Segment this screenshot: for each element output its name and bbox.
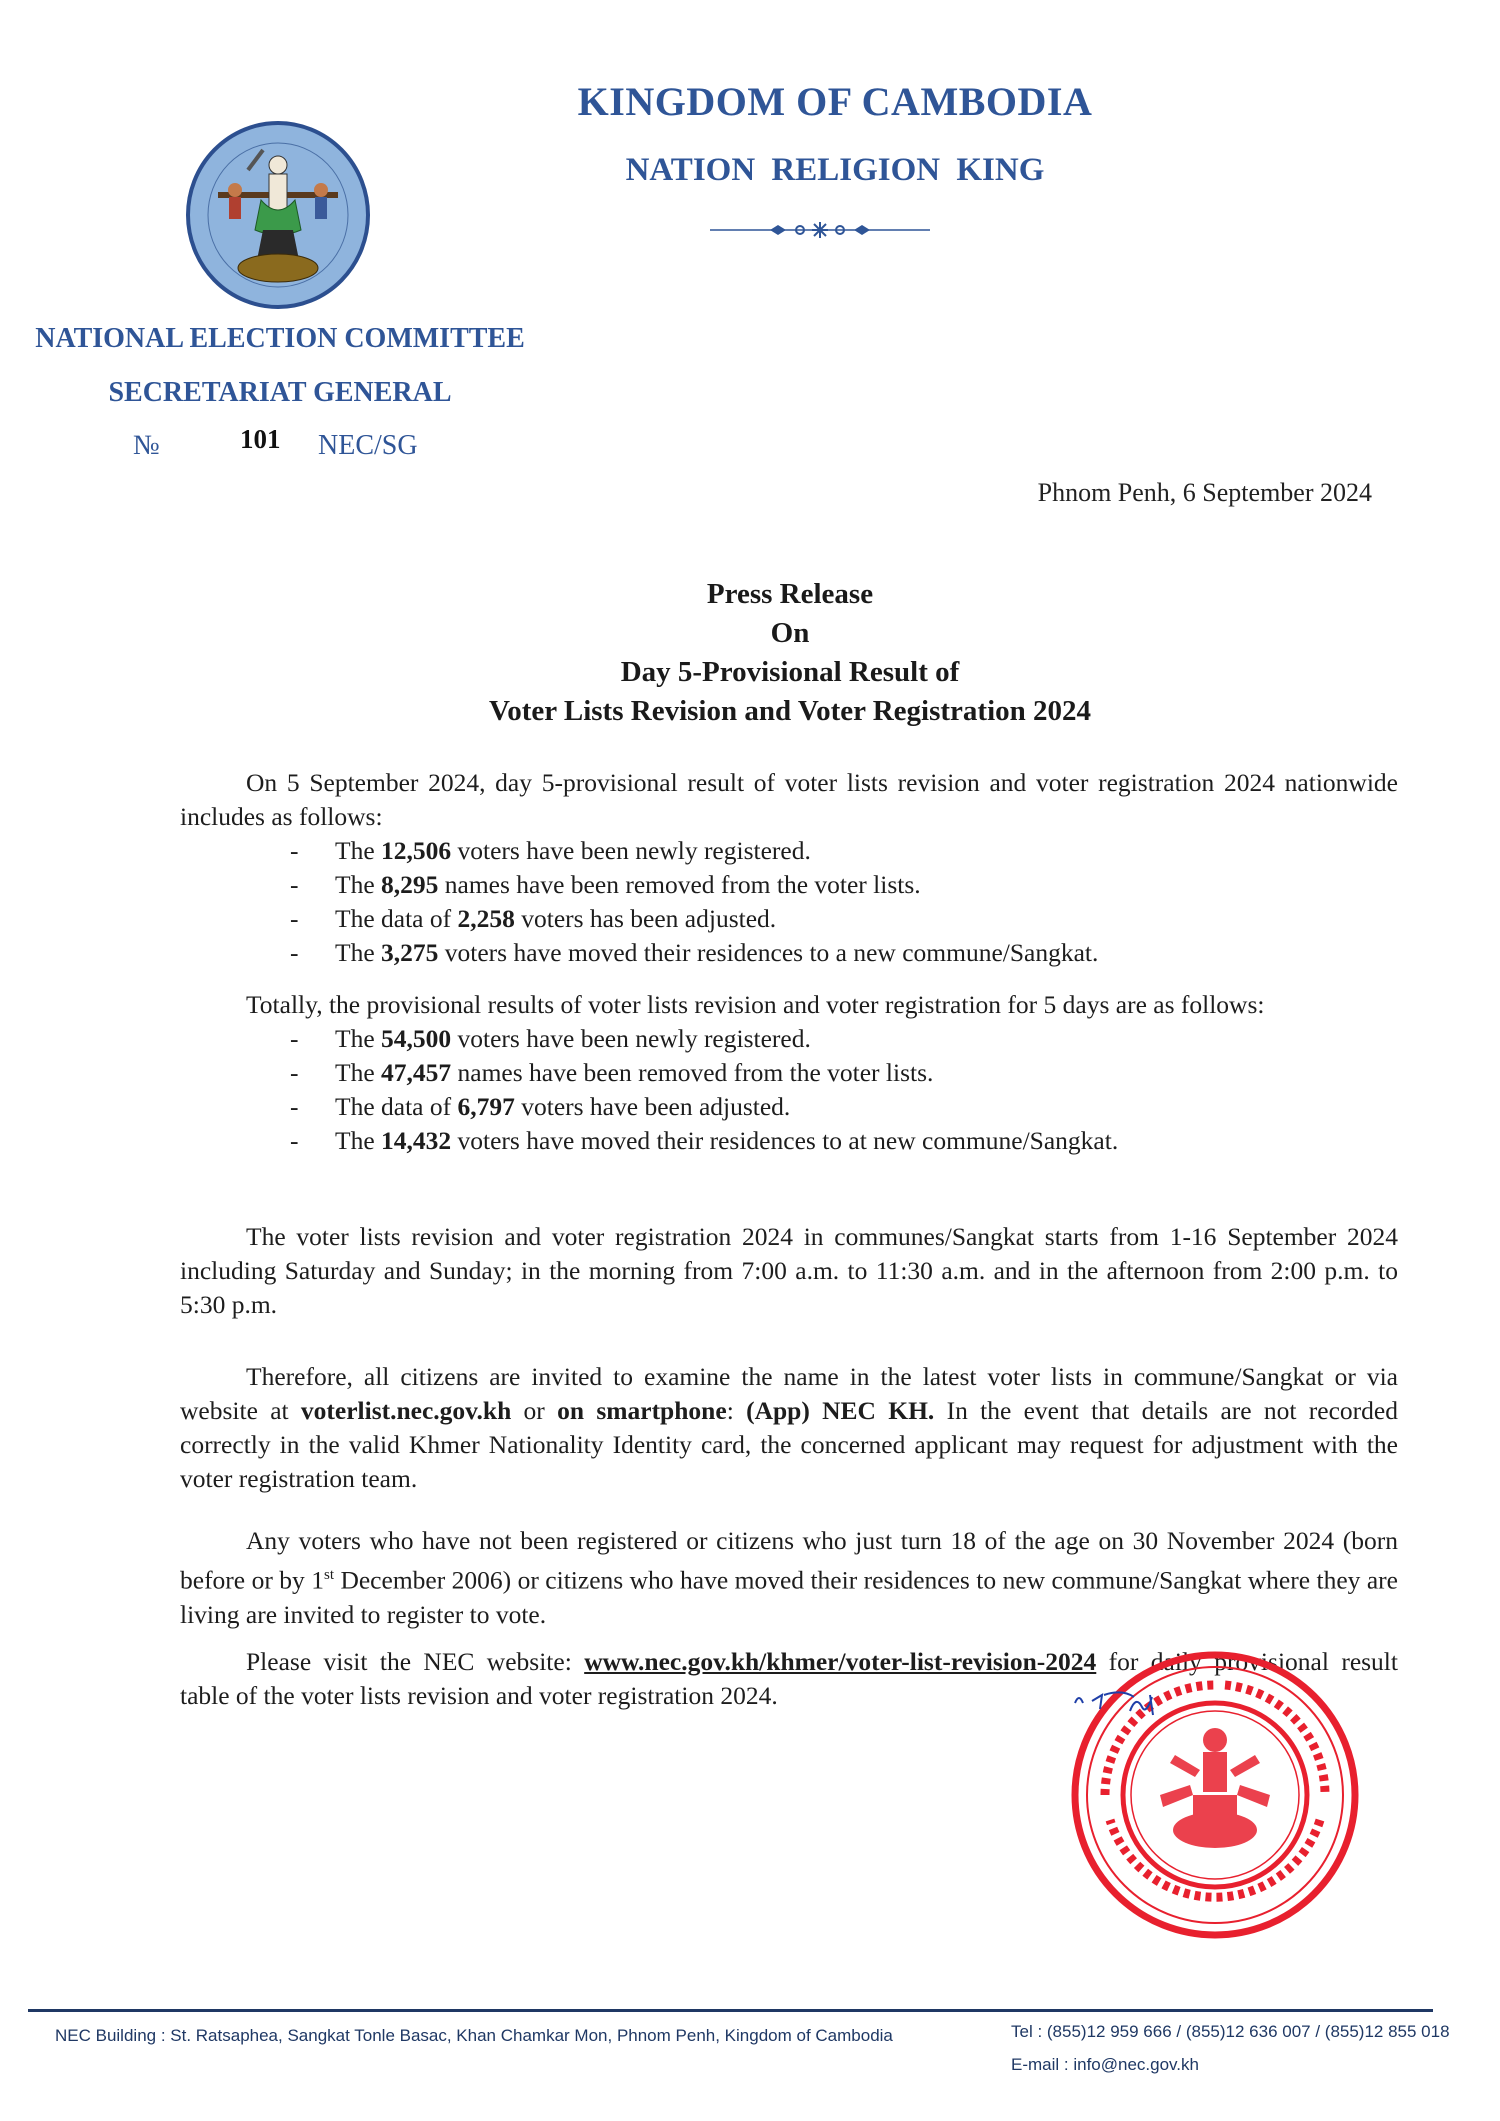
- title-line: Day 5-Provisional Result of: [0, 653, 1500, 692]
- reference-number-value: 101: [240, 424, 281, 455]
- ornamental-divider-icon: [710, 222, 930, 238]
- list-item: -The 12,506 voters have been newly regis…: [180, 834, 1398, 868]
- day5-section: On 5 September 2024, day 5-provisional r…: [180, 766, 1398, 970]
- title-line: Voter Lists Revision and Voter Registrat…: [0, 692, 1500, 731]
- voterlist-website[interactable]: voterlist.nec.gov.kh: [301, 1396, 511, 1425]
- department-name: SECRETARIAT GENERAL: [35, 377, 525, 409]
- organization-name: NATIONAL ELECTION COMMITTEE: [35, 323, 525, 355]
- press-release-title: Press Release On Day 5-Provisional Resul…: [0, 575, 1500, 731]
- list-item: -The 54,500 voters have been newly regis…: [180, 1022, 1398, 1056]
- list-item: -The 3,275 voters have moved their resid…: [180, 936, 1398, 970]
- nec-results-link[interactable]: www.nec.gov.kh/khmer/voter-list-revision…: [584, 1647, 1096, 1676]
- title-line: Press Release: [0, 575, 1500, 614]
- day5-list: -The 12,506 voters have been newly regis…: [180, 834, 1398, 970]
- list-item: -The 8,295 names have been removed from …: [180, 868, 1398, 902]
- stat-value: 54,500: [381, 1024, 451, 1053]
- day5-intro: On 5 September 2024, day 5-provisional r…: [180, 766, 1398, 834]
- schedule-paragraph: The voter lists revision and voter regis…: [180, 1220, 1398, 1322]
- list-item: -The 47,457 names have been removed from…: [180, 1056, 1398, 1090]
- stat-value: 3,275: [381, 938, 438, 967]
- reference-number-label: №: [133, 430, 160, 462]
- stat-value: 2,258: [457, 904, 514, 933]
- list-item: -The data of 2,258 voters has been adjus…: [180, 902, 1398, 936]
- footer-address: NEC Building : St. Ratsaphea, Sangkat To…: [55, 2026, 893, 2046]
- stat-value: 8,295: [381, 870, 438, 899]
- footer-divider: [28, 2009, 1433, 2012]
- reference-number-suffix: NEC/SG: [318, 430, 418, 462]
- footer-telephone: Tel : (855)12 959 666 / (855)12 636 007 …: [1011, 2022, 1450, 2042]
- stat-value: 47,457: [381, 1058, 451, 1087]
- title-line: On: [0, 614, 1500, 653]
- stat-value: 12,506: [381, 836, 451, 865]
- stat-value: 14,432: [381, 1126, 451, 1155]
- totals-section: Totally, the provisional results of vote…: [180, 988, 1398, 1158]
- totals-list: -The 54,500 voters have been newly regis…: [180, 1022, 1398, 1158]
- examine-paragraph: Therefore, all citizens are invited to e…: [180, 1360, 1398, 1496]
- stat-value: 6,797: [457, 1092, 514, 1121]
- app-name: (App) NEC KH.: [746, 1396, 934, 1425]
- national-motto: NATION RELIGION KING: [0, 152, 1500, 189]
- list-item: -The 14,432 voters have moved their resi…: [180, 1124, 1398, 1158]
- list-item: -The data of 6,797 voters have been adju…: [180, 1090, 1398, 1124]
- country-heading: KINGDOM OF CAMBODIA: [0, 78, 1500, 125]
- nec-emblem-icon: [183, 120, 373, 310]
- handwritten-signature-icon: [1070, 1683, 1180, 1723]
- totals-intro: Totally, the provisional results of vote…: [180, 988, 1398, 1022]
- register-paragraph: Any voters who have not been registered …: [180, 1524, 1398, 1632]
- footer-email[interactable]: E-mail : info@nec.gov.kh: [1011, 2055, 1199, 2075]
- date-line: Phnom Penh, 6 September 2024: [1038, 478, 1372, 508]
